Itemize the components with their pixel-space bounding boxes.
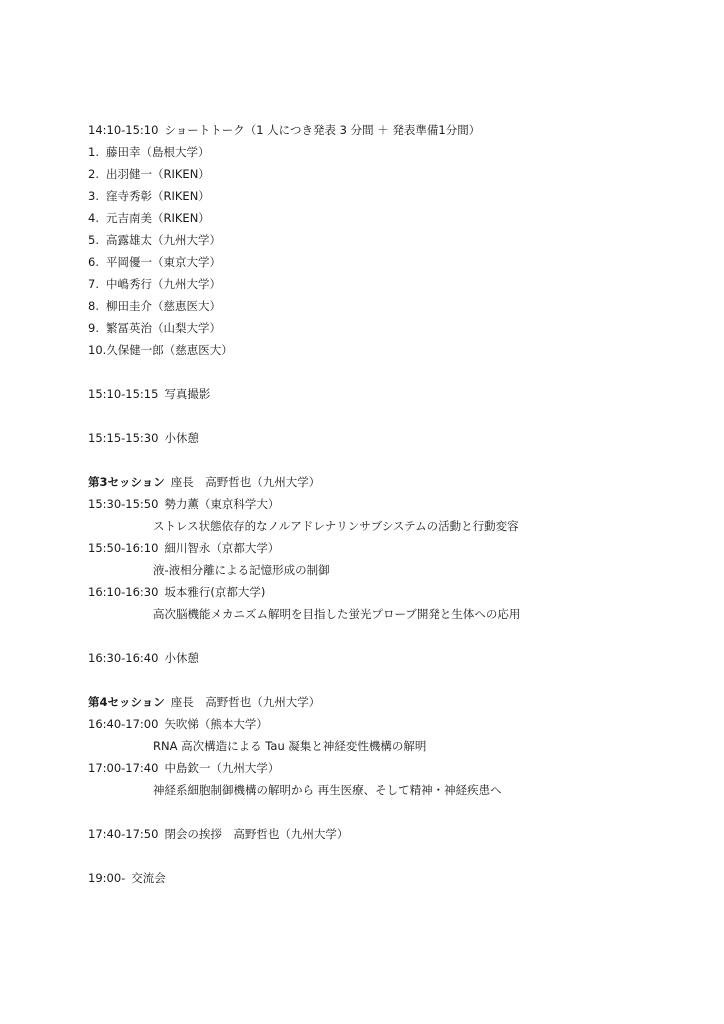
- reception-label: 交流会: [131, 871, 166, 885]
- talk-title: ストレス状態依存的なノルアドレナリンサブシステムの活動と行動変容: [153, 518, 519, 534]
- session4-chair: 座長 高野哲也（九州大学）: [171, 695, 321, 709]
- speaker-item: 2.出羽健一（RIKEN）: [88, 166, 210, 182]
- talk-speaker: 勢力薫（東京科学大）: [164, 497, 279, 511]
- speaker-item: 4.元吉南美（RIKEN）: [88, 210, 210, 226]
- speaker-item: 1.藤田幸（島根大学）: [88, 144, 210, 160]
- speaker-number: 3.: [88, 188, 106, 204]
- talk-title: 神経系細胞制御機構の解明から 再生医療、そして精神・神経疾患へ: [153, 782, 502, 798]
- talk-speaker: 細川智永（京都大学）: [164, 541, 279, 555]
- speaker-name: 窪寺秀彰（RIKEN）: [106, 189, 210, 203]
- speaker-number: 5.: [88, 232, 106, 248]
- talk-time: 15:50-16:10: [88, 540, 158, 556]
- speaker-name: 中嶋秀行（九州大学）: [106, 277, 221, 291]
- photo-time: 15:10-15:15: [88, 386, 158, 402]
- speaker-number: 1.: [88, 144, 106, 160]
- talk-speaker: 坂本雅行(京都大学): [164, 585, 265, 599]
- talk-item: 15:30-15:50勢力薫（東京科学大）: [88, 496, 279, 512]
- session3-header: 第3セッション座長 高野哲也（九州大学）: [88, 474, 320, 490]
- short-talk-title: ショートトーク（1 人につき発表 3 分間 ＋ 発表準備1分間）: [164, 123, 480, 137]
- speaker-number: 4.: [88, 210, 106, 226]
- speaker-number: 8.: [88, 298, 106, 314]
- speaker-name: 元吉南美（RIKEN）: [106, 211, 210, 225]
- talk-time: 15:30-15:50: [88, 496, 158, 512]
- speaker-name: 繁冨英治（山梨大学）: [106, 321, 221, 335]
- talk-item: 15:50-16:10細川智永（京都大学）: [88, 540, 279, 556]
- session3-heading: 第3セッション: [88, 475, 165, 489]
- closing-item: 17:40-17:50閉会の挨拶 高野哲也（九州大学）: [88, 826, 348, 842]
- session4-heading: 第4セッション: [88, 695, 165, 709]
- speaker-name: 藤田幸（島根大学）: [106, 145, 210, 159]
- talk-item: 17:00-17:40中島欽一（九州大学）: [88, 760, 279, 776]
- break-time: 15:15-15:30: [88, 430, 158, 446]
- speaker-number: 2.: [88, 166, 106, 182]
- talk-speaker: 矢吹悌（熊本大学）: [164, 717, 268, 731]
- speaker-item: 5.高露雄太（九州大学）: [88, 232, 221, 248]
- short-talk-time: 14:10-15:10: [88, 122, 158, 138]
- short-talk-header: 14:10-15:10ショートトーク（1 人につき発表 3 分間 ＋ 発表準備1…: [88, 122, 480, 138]
- speaker-name: 出羽健一（RIKEN）: [106, 167, 210, 181]
- talk-time: 16:40-17:00: [88, 716, 158, 732]
- session3-chair: 座長 高野哲也（九州大学）: [171, 475, 321, 489]
- program-page: 14:10-15:10ショートトーク（1 人につき発表 3 分間 ＋ 発表準備1…: [0, 0, 724, 1024]
- speaker-name: 高露雄太（九州大学）: [106, 233, 221, 247]
- speaker-number: 6.: [88, 254, 106, 270]
- speaker-item: 8.柳田圭介（慈恵医大）: [88, 298, 221, 314]
- photo-label: 写真撮影: [164, 387, 210, 401]
- talk-title: RNA 高次構造による Tau 凝集と神経変性機構の解明: [153, 738, 426, 754]
- break-item: 15:15-15:30小休憩: [88, 430, 199, 446]
- speaker-name: 柳田圭介（慈恵医大）: [106, 299, 221, 313]
- break-label: 小休憩: [164, 431, 199, 445]
- reception-item: 19:00-交流会: [88, 870, 166, 886]
- talk-title: 液-液相分離による記憶形成の制御: [153, 562, 330, 578]
- session4-header: 第4セッション座長 高野哲也（九州大学）: [88, 694, 320, 710]
- speaker-number: 10.: [88, 343, 106, 357]
- reception-time: 19:00-: [88, 870, 125, 886]
- talk-item: 16:40-17:00矢吹悌（熊本大学）: [88, 716, 268, 732]
- closing-time: 17:40-17:50: [88, 826, 158, 842]
- talk-time: 16:10-16:30: [88, 584, 158, 600]
- photo-item: 15:10-15:15写真撮影: [88, 386, 210, 402]
- speaker-item: 7.中嶋秀行（九州大学）: [88, 276, 221, 292]
- speaker-item: 10.久保健一郎（慈恵医大）: [88, 342, 233, 358]
- talk-time: 17:00-17:40: [88, 760, 158, 776]
- break-label: 小休憩: [164, 651, 199, 665]
- break-time: 16:30-16:40: [88, 650, 158, 666]
- speaker-item: 6.平岡優一（東京大学）: [88, 254, 221, 270]
- speaker-name: 久保健一郎（慈恵医大）: [106, 343, 233, 357]
- speaker-item: 9.繁冨英治（山梨大学）: [88, 320, 221, 336]
- speaker-number: 9.: [88, 320, 106, 336]
- talk-item: 16:10-16:30坂本雅行(京都大学): [88, 584, 265, 600]
- speaker-number: 7.: [88, 276, 106, 292]
- speaker-item: 3.窪寺秀彰（RIKEN）: [88, 188, 210, 204]
- talk-speaker: 中島欽一（九州大学）: [164, 761, 279, 775]
- closing-label: 閉会の挨拶 高野哲也（九州大学）: [164, 827, 348, 841]
- break-item: 16:30-16:40小休憩: [88, 650, 199, 666]
- talk-title: 高次脳機能メカニズム解明を目指した蛍光プローブ開発と生体への応用: [153, 606, 520, 622]
- speaker-name: 平岡優一（東京大学）: [106, 255, 221, 269]
